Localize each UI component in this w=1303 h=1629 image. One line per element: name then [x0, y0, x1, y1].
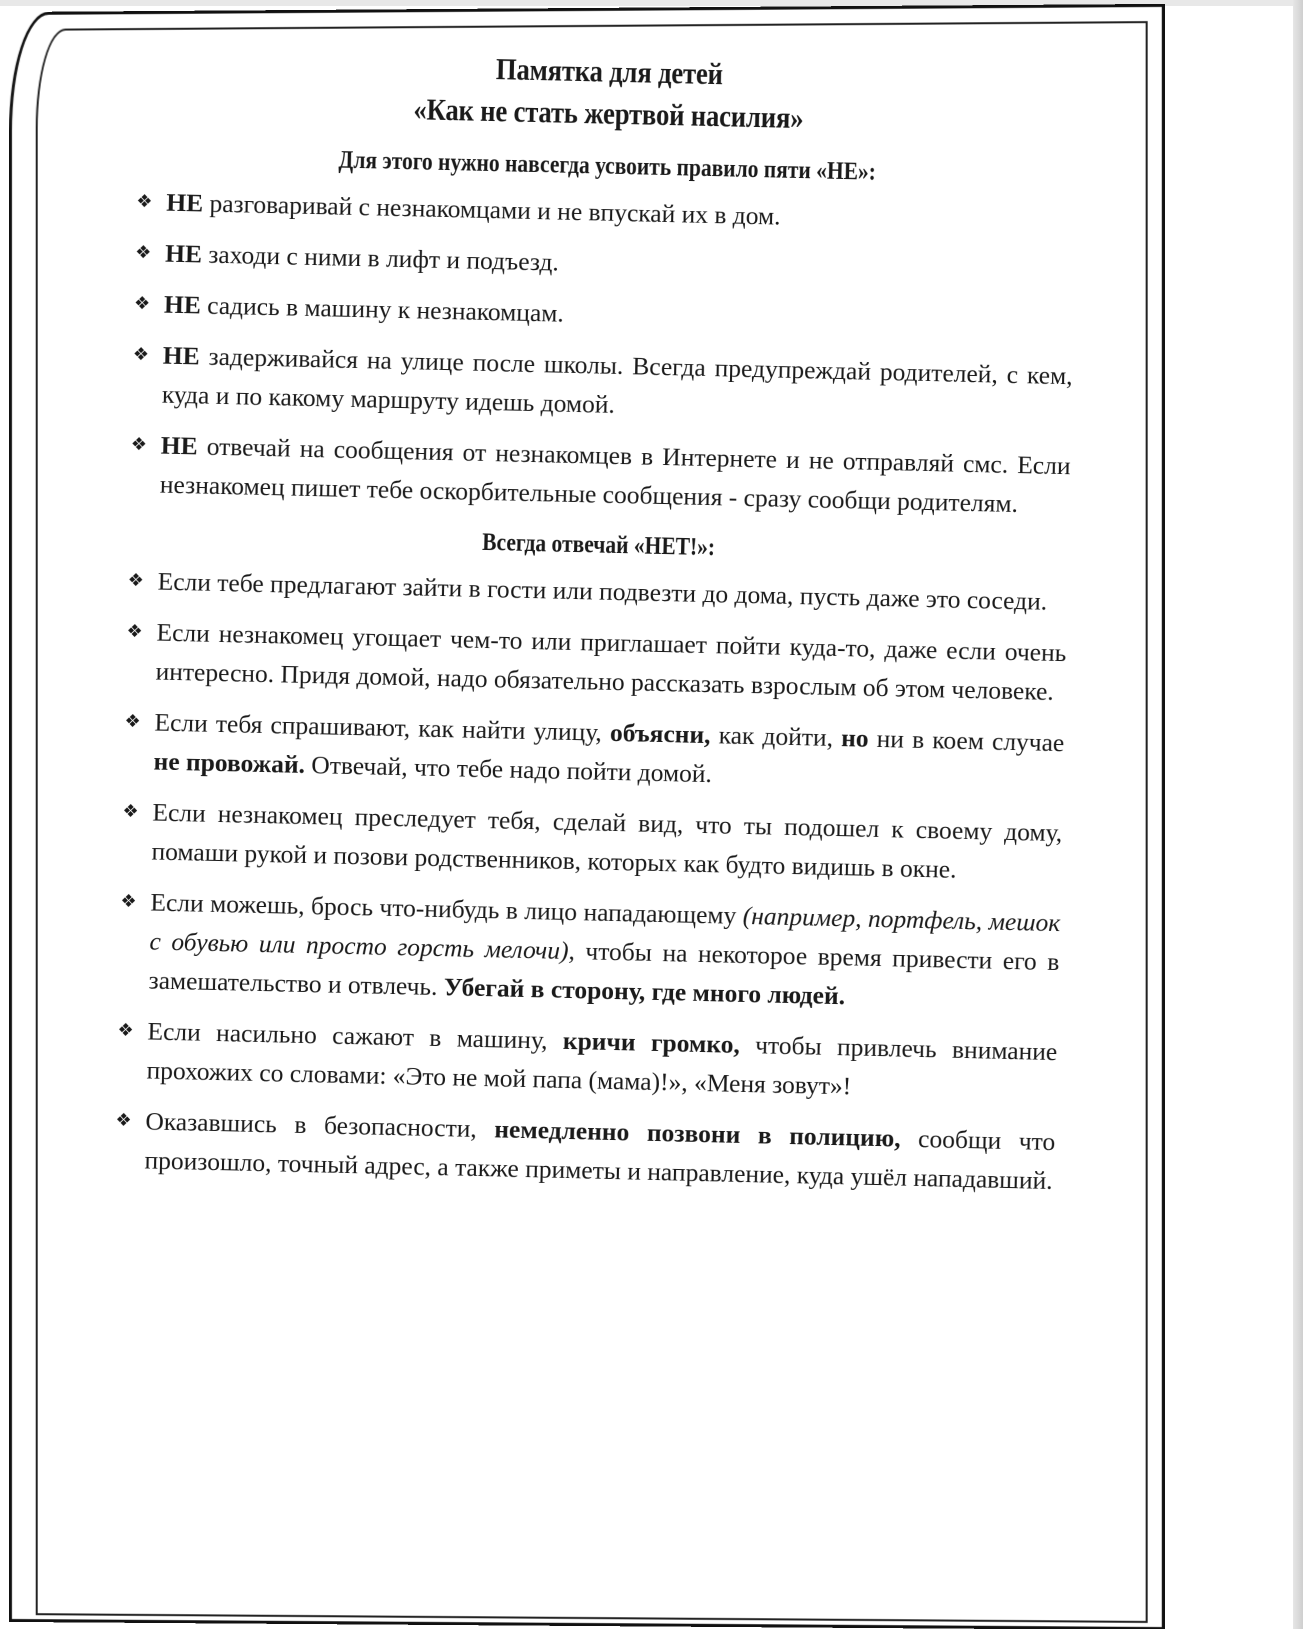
- list-item: ❖ НЕ отвечай на сообщения от незнакомцев…: [129, 425, 1071, 524]
- diamond-bullet-icon: ❖: [134, 284, 151, 323]
- diamond-bullet-icon: ❖: [117, 1011, 134, 1050]
- leaflet: Памятка для детей «Как не стать жертвой …: [114, 40, 1080, 1212]
- rules-list-ne: ❖ НЕ разговаривай с незнакомцами и не вп…: [129, 182, 1076, 524]
- section2-heading: Всегда отвечай «НЕТ!»:: [194, 522, 1003, 568]
- diamond-bullet-icon: ❖: [127, 561, 144, 600]
- photo-right-edge: [1293, 0, 1303, 1629]
- diamond-bullet-icon: ❖: [120, 882, 137, 921]
- list-item: ❖ НЕ садись в машину к незнакомцам.: [134, 284, 1075, 344]
- diamond-bullet-icon: ❖: [115, 1101, 132, 1140]
- diamond-bullet-icon: ❖: [130, 425, 147, 464]
- list-item: ❖ Если тебе предлагают зайти в гости или…: [127, 561, 1068, 621]
- list-item: ❖ Оказавшись в безопасности, немедленно …: [114, 1101, 1056, 1200]
- section1-heading: Для этого нужно навсегда усвоить правило…: [203, 143, 1012, 189]
- diamond-bullet-icon: ❖: [135, 233, 152, 272]
- list-item: ❖ Если насильно сажают в машину, кричи г…: [116, 1011, 1058, 1110]
- list-item: ❖ НЕ разговаривай с незнакомцами и не вп…: [136, 182, 1077, 242]
- diamond-bullet-icon: ❖: [126, 612, 143, 651]
- list-item: ❖ НЕ заходи с ними в лифт и подъезд.: [135, 233, 1076, 293]
- list-item: ❖ Если можешь, брось что-нибудь в лицо н…: [118, 882, 1060, 1020]
- diamond-bullet-icon: ❖: [124, 702, 141, 741]
- diamond-bullet-icon: ❖: [122, 792, 139, 831]
- rules-list-net: ❖ Если тебе предлагают зайти в гости или…: [114, 561, 1068, 1200]
- diamond-bullet-icon: ❖: [132, 335, 149, 374]
- list-item: ❖ Если незнакомец преследует тебя, сдела…: [121, 792, 1063, 891]
- list-item: ❖ НЕ задерживайся на улице после школы. …: [132, 335, 1074, 434]
- list-item: ❖ Если тебя спрашивают, как найти улицу,…: [123, 702, 1065, 801]
- diamond-bullet-icon: ❖: [136, 182, 153, 221]
- list-item: ❖ Если незнакомец угощает чем-то или при…: [125, 612, 1067, 711]
